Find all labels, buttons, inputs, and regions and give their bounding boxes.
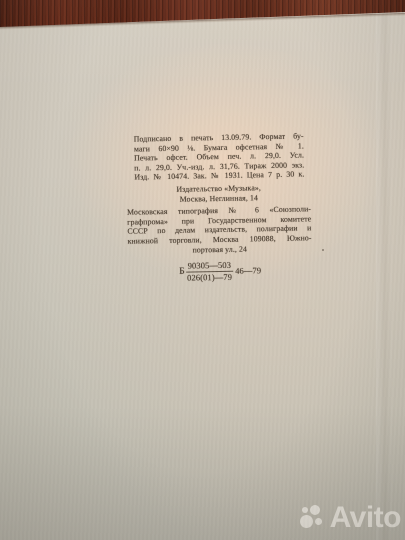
avito-watermark-label: Avito [330, 503, 401, 533]
catalog-index: Б 90305—503 026(01)—79 46—79 [128, 259, 312, 283]
avito-logo-icon [300, 505, 327, 531]
avito-watermark: Avito [300, 503, 401, 533]
catalog-index-fraction: 90305—503 026(01)—79 [186, 261, 234, 283]
catalog-index-prefix: Б [179, 268, 185, 277]
page-crease [376, 0, 392, 540]
avito-logo-dot [302, 507, 308, 513]
publisher-line: Москва, Неглинная, 14 [127, 192, 311, 205]
printer-paragraph: Московская типография № 6 «Союзполи- гра… [127, 204, 312, 255]
avito-logo-dot [315, 518, 322, 525]
catalog-index-suffix: 46—79 [235, 266, 261, 275]
colophon-text-block: Подписано в печать 13.09.79. Формат бу- … [126, 131, 313, 283]
avito-logo-dot [310, 505, 320, 515]
avito-logo-dot [300, 515, 313, 528]
catalog-index-numerator: 90305—503 [186, 261, 234, 273]
print-info-line: Изд. № 10474. Зак. № 1931. Цена 7 р. 30 … [134, 170, 304, 183]
paper-speck [322, 249, 324, 251]
catalog-index-denominator: 026(01)—79 [186, 272, 234, 283]
print-info-paragraph: Подписано в печать 13.09.79. Формат бу- … [126, 131, 311, 182]
publisher-paragraph: Издательство «Музыка», Москва, Неглинная… [127, 182, 311, 205]
photo-frame: Подписано в печать 13.09.79. Формат бу- … [0, 0, 405, 540]
